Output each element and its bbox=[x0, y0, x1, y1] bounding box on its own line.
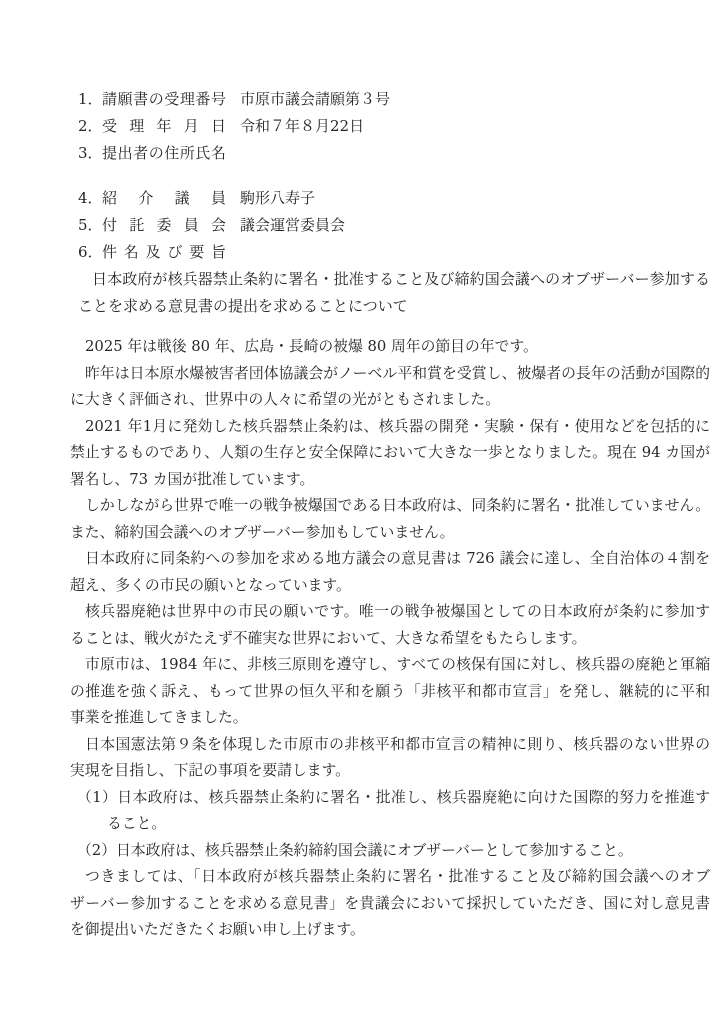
subject-line: ことを求める意見書の提出を求めることについて bbox=[70, 293, 710, 320]
body-line: 昨年は日本原水爆被害者団体協議会がノーベル平和賞を受賞し、被爆者の長年の活動が国… bbox=[70, 361, 710, 388]
body-line: 実現を目指し、下記の事項を要請します。 bbox=[70, 758, 710, 785]
petition-body: 2025 年は戦後 80 年、広島・長崎の被爆 80 周年の節目の年です。 昨年… bbox=[70, 334, 710, 944]
body-line: また、締約国会議へのオブザーバー参加もしていません。 bbox=[70, 520, 710, 547]
body-line: を御提出いただきたくお願い申し上げます。 bbox=[70, 917, 710, 944]
request-item-1: （1）日本政府は、核兵器禁止条約に署名・批准し、核兵器廃絶に向けた国際的努力を推… bbox=[70, 785, 710, 812]
body-line: しかしながら世界で唯一の戦争被爆国である日本政府は、同条約に署名・批准していませ… bbox=[70, 493, 710, 520]
body-line: 日本政府に同条約への参加を求める地方議会の意見書は 726 議会に達し、全自治体… bbox=[70, 546, 710, 573]
document-page: 1．請願書の受理番号市原市議会請願第３号 2．受理年月日令和７年８月22日 3．… bbox=[0, 0, 724, 1024]
field-number: 5． bbox=[78, 212, 102, 239]
field-label: 請願書の受理番号 bbox=[102, 86, 226, 113]
body-line: 署名し、73 カ国が批准しています。 bbox=[70, 467, 710, 494]
field-label: 件名及び要旨 bbox=[102, 239, 226, 266]
petition-subject: 日本政府が核兵器禁止条約に署名・批准すること及び締約国会議へのオブザーバー参加す… bbox=[70, 266, 710, 320]
body-line: 核兵器廃絶は世界中の市民の願いです。唯一の戦争被爆国としての日本政府が条約に参加… bbox=[70, 599, 710, 626]
body-line: 2021 年1月に発効した核兵器禁止条約は、核兵器の開発・実験・保有・使用などを… bbox=[70, 414, 710, 441]
field-value: 市原市議会請願第３号 bbox=[240, 90, 390, 108]
body-line: 市原市は、1984 年に、非核三原則を遵守し、すべての核保有国に対し、核兵器の廃… bbox=[70, 652, 710, 679]
body-line: 2025 年は戦後 80 年、広島・長崎の被爆 80 周年の節目の年です。 bbox=[70, 334, 710, 361]
field-number: 1． bbox=[78, 86, 102, 113]
field-number: 3． bbox=[78, 140, 102, 167]
field-label: 紹介議員 bbox=[102, 185, 226, 212]
field-label: 付託委員会 bbox=[102, 212, 226, 239]
field-value: 令和７年８月22日 bbox=[240, 117, 364, 135]
field-committee: 5．付託委員会議会運営委員会 bbox=[78, 212, 710, 239]
body-line: 禁止するものであり、人類の生存と安全保障において大きな一歩となりました。現在 9… bbox=[70, 440, 710, 467]
header-fields: 1．請願書の受理番号市原市議会請願第３号 2．受理年月日令和７年８月22日 3．… bbox=[70, 86, 710, 266]
request-item-2: （2）日本政府は、核兵器禁止条約締約国会議にオブザーバーとして参加すること。 bbox=[70, 838, 710, 865]
body-line: の推進を強く訴え、もって世界の恒久平和を願う「非核平和都市宣言」を発し、継続的に… bbox=[70, 679, 710, 706]
body-line: 事業を推進してきました。 bbox=[70, 705, 710, 732]
field-label: 受理年月日 bbox=[102, 113, 226, 140]
body-line: 超え、多くの市民の願いとなっています。 bbox=[70, 573, 710, 600]
subject-line: 日本政府が核兵器禁止条約に署名・批准すること及び締約国会議へのオブザーバー参加す… bbox=[70, 266, 710, 293]
field-introducer: 4．紹介議員駒形八寿子 bbox=[78, 185, 710, 212]
body-line: ることは、戦火がたえず不確実な世界において、大きな希望をもたらします。 bbox=[70, 626, 710, 653]
body-line: つきましては、「日本政府が核兵器禁止条約に署名・批准すること及び締約国会議へのオ… bbox=[70, 864, 710, 891]
field-receipt-date: 2．受理年月日令和７年８月22日 bbox=[78, 113, 710, 140]
field-receipt-number: 1．請願書の受理番号市原市議会請願第３号 bbox=[78, 86, 710, 113]
document-content: 1．請願書の受理番号市原市議会請願第３号 2．受理年月日令和７年８月22日 3．… bbox=[0, 0, 724, 944]
field-number: 2． bbox=[78, 113, 102, 140]
field-label: 提出者の住所氏名 bbox=[102, 140, 226, 167]
field-subject-heading: 6．件名及び要旨 bbox=[78, 239, 710, 266]
field-number: 6． bbox=[78, 239, 102, 266]
request-item-1-cont: ること。 bbox=[70, 811, 710, 838]
body-line: 日本国憲法第９条を体現した市原市の非核平和都市宣言の精神に則り、核兵器のない世界… bbox=[70, 732, 710, 759]
field-petitioner: 3．提出者の住所氏名 bbox=[78, 140, 710, 167]
field-value: 駒形八寿子 bbox=[240, 189, 315, 207]
body-line: ザーバー参加することを求める意見書」を貴議会において採択していただき、国に対し意… bbox=[70, 891, 710, 918]
field-value: 議会運営委員会 bbox=[240, 216, 345, 234]
field-number: 4． bbox=[78, 185, 102, 212]
body-line: に大きく評価され、世界中の人々に希望の光がともされました。 bbox=[70, 387, 710, 414]
